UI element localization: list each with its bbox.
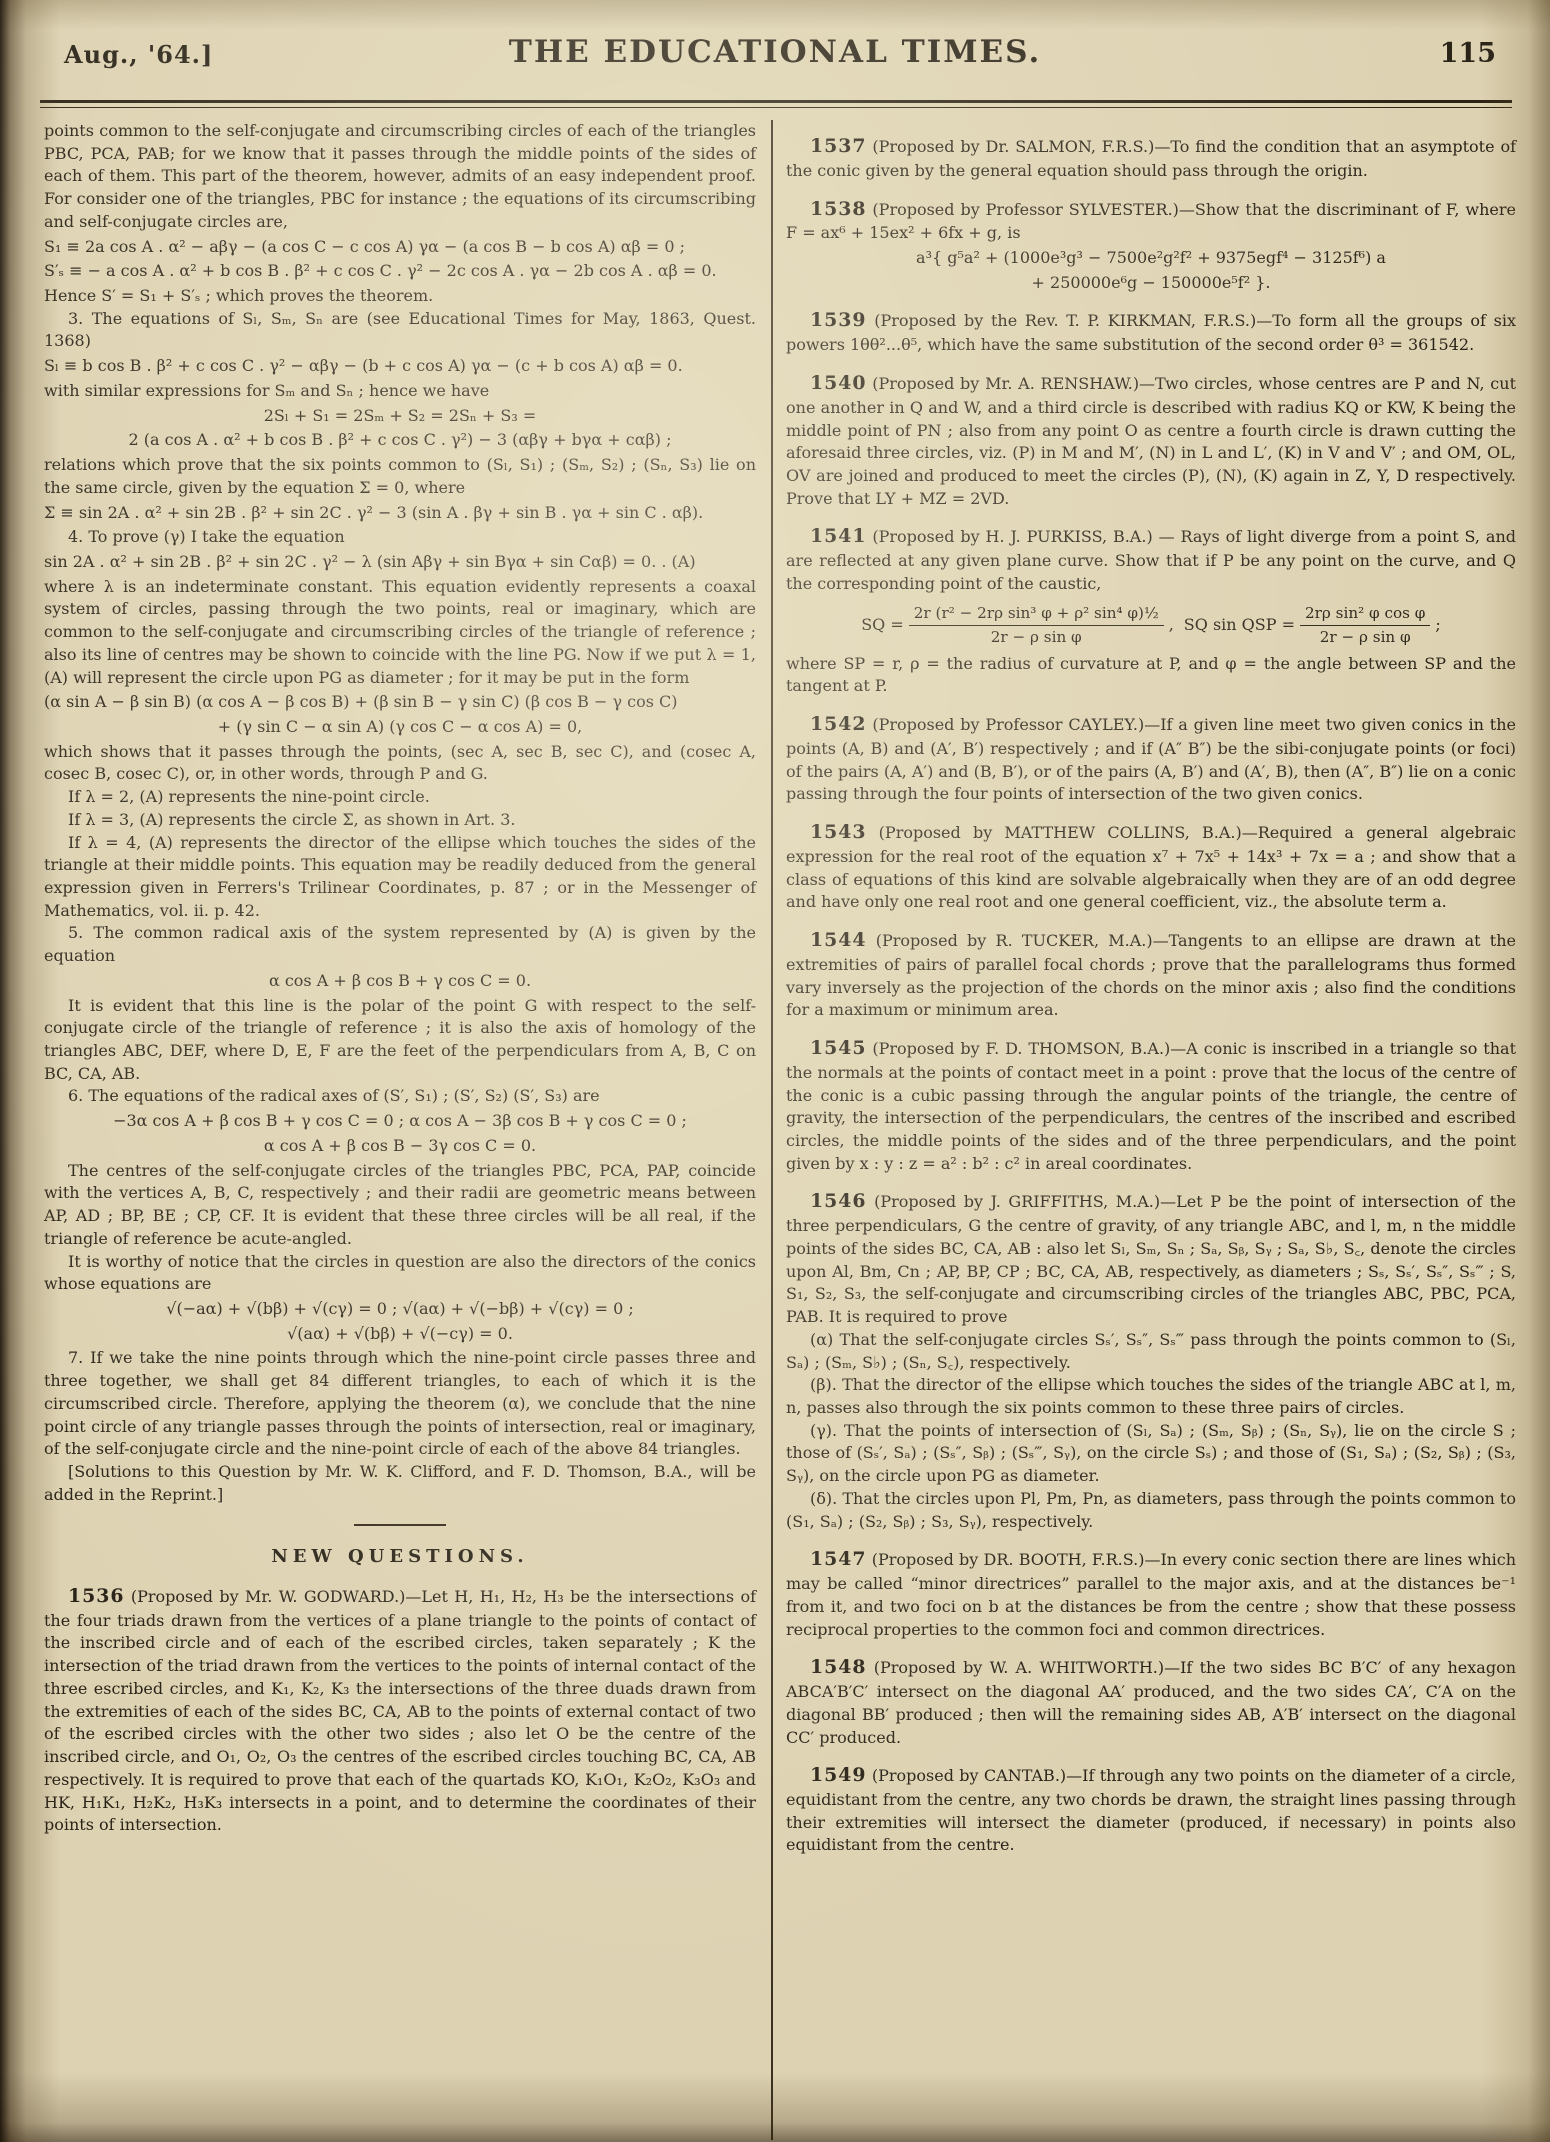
question-number: 1537 xyxy=(810,135,867,157)
equation: 2 (a cos A . α² + b cos B . β² + c cos C… xyxy=(44,429,756,452)
question-number: 1548 xyxy=(810,1656,867,1678)
masthead: Aug., '64.] THE EDUCATIONAL TIMES. 115 xyxy=(0,0,1550,92)
paragraph: (β). That the director of the ellipse wh… xyxy=(786,1374,1516,1419)
question: 1540 (Proposed by Mr. A. RENSHAW.)—Two c… xyxy=(786,370,1516,510)
header-rule xyxy=(40,100,1512,108)
equation: (α sin A − β sin B) (α cos A − β cos B) … xyxy=(44,691,756,714)
issue-date: Aug., '64.] xyxy=(64,40,213,69)
paragraph: points common to the self-conjugate and … xyxy=(44,120,756,234)
question-number: 1542 xyxy=(810,713,867,735)
paragraph: If λ = 2, (A) represents the nine-point … xyxy=(44,786,756,809)
equation: Σ ≡ sin 2A . α² + sin 2B . β² + sin 2C .… xyxy=(44,502,756,525)
question-number: 1547 xyxy=(810,1548,867,1570)
paragraph: Hence S′ = S₁ + S′ₛ ; which proves the t… xyxy=(44,285,756,308)
paragraph: 6. The equations of the radical axes of … xyxy=(44,1085,756,1108)
equation: sin 2A . α² + sin 2B . β² + sin 2C . γ² … xyxy=(44,551,756,574)
paragraph: The centres of the self-conjugate circle… xyxy=(44,1160,756,1251)
paragraph: (δ). That the circles upon Pl, Pm, Pn, a… xyxy=(786,1488,1516,1533)
question-number: 1543 xyxy=(810,821,867,843)
equation: 2Sₗ + S₁ = 2Sₘ + S₂ = 2Sₙ + S₃ = xyxy=(44,405,756,428)
equation: + 250000e⁶g − 150000e⁵f² }. xyxy=(786,272,1516,295)
paragraph: It is evident that this line is the pola… xyxy=(44,995,756,1086)
paragraph: [Solutions to this Question by Mr. W. K.… xyxy=(44,1461,756,1506)
question: 1547 (Proposed by DR. BOOTH, F.R.S.)—In … xyxy=(786,1546,1516,1641)
equation: S′ₛ ≡ − a cos A . α² + b cos B . β² + c … xyxy=(44,260,756,283)
paragraph: 4. To prove (γ) I take the equation xyxy=(44,526,756,549)
page-number: 115 xyxy=(1440,38,1496,69)
paragraph: It is worthy of notice that the circles … xyxy=(44,1251,756,1296)
journal-page: Aug., '64.] THE EDUCATIONAL TIMES. 115 p… xyxy=(0,0,1550,2142)
question: 1538 (Proposed by Professor SYLVESTER.)—… xyxy=(786,196,1516,246)
question: 1548 (Proposed by W. A. WHITWORTH.)—If t… xyxy=(786,1654,1516,1749)
page-title: THE EDUCATIONAL TIMES. xyxy=(52,34,1498,70)
question-number: 1544 xyxy=(810,929,867,951)
paragraph: (γ). That the points of intersection of … xyxy=(786,1420,1516,1488)
paragraph: If λ = 3, (A) represents the circle Σ, a… xyxy=(44,809,756,832)
column-divider xyxy=(771,120,773,2140)
question-number: 1546 xyxy=(810,1190,867,1212)
question-number: 1540 xyxy=(810,372,867,394)
equation: a³{ g⁵a² + (1000e³g³ − 7500e²g²f² + 9375… xyxy=(786,247,1516,270)
equation: α cos A + β cos B − 3γ cos C = 0. xyxy=(44,1135,756,1158)
equation: −3α cos A + β cos B + γ cos C = 0 ; α co… xyxy=(44,1110,756,1133)
section-rule xyxy=(354,1524,446,1526)
equation-fractions: SQ = 2r (r² − 2rρ sin³ φ + ρ² sin⁴ φ)½2r… xyxy=(786,603,1516,649)
question-number: 1536 xyxy=(68,1585,125,1607)
right-column: 1537 (Proposed by Dr. SALMON, F.R.S.)—To… xyxy=(786,120,1516,1857)
equation: √(aα) + √(bβ) + √(−cγ) = 0. xyxy=(44,1323,756,1346)
paragraph: with similar expressions for Sₘ and Sₙ ;… xyxy=(44,380,756,403)
question: 1541 (Proposed by H. J. PURKISS, B.A.) —… xyxy=(786,523,1516,595)
question: 1543 (Proposed by MATTHEW COLLINS, B.A.)… xyxy=(786,819,1516,914)
question-number: 1541 xyxy=(810,525,867,547)
section-heading: NEW QUESTIONS. xyxy=(44,1544,756,1570)
paragraph: where λ is an indeterminate constant. Th… xyxy=(44,576,756,690)
paragraph: relations which prove that the six point… xyxy=(44,454,756,499)
equation: α cos A + β cos B + γ cos C = 0. xyxy=(44,970,756,993)
left-column: points common to the self-conjugate and … xyxy=(44,120,756,1837)
question: 1549 (Proposed by CANTAB.)—If through an… xyxy=(786,1762,1516,1857)
equation: √(−aα) + √(bβ) + √(cγ) = 0 ; √(aα) + √(−… xyxy=(44,1298,756,1321)
question-number: 1545 xyxy=(810,1037,867,1059)
question: 1544 (Proposed by R. TUCKER, M.A.)—Tange… xyxy=(786,927,1516,1022)
equation: Sₗ ≡ b cos B . β² + c cos C . γ² − αβγ −… xyxy=(44,355,756,378)
question: 1536 (Proposed by Mr. W. GODWARD.)—Let H… xyxy=(44,1583,756,1837)
question: 1537 (Proposed by Dr. SALMON, F.R.S.)—To… xyxy=(786,133,1516,183)
question: 1542 (Proposed by Professor CAYLEY.)—If … xyxy=(786,711,1516,806)
equation: + (γ sin C − α sin A) (γ cos C − α cos A… xyxy=(44,716,756,739)
page-body: points common to the self-conjugate and … xyxy=(0,108,1550,2140)
question-number: 1538 xyxy=(810,198,867,220)
equation: S₁ ≡ 2a cos A . α² − aβγ − (a cos C − c … xyxy=(44,236,756,259)
paragraph: 3. The equations of Sₗ, Sₘ, Sₙ are (see … xyxy=(44,308,756,353)
question-number: 1539 xyxy=(810,309,867,331)
question: 1545 (Proposed by F. D. THOMSON, B.A.)—A… xyxy=(786,1035,1516,1175)
question: 1539 (Proposed by the Rev. T. P. KIRKMAN… xyxy=(786,307,1516,357)
paragraph: If λ = 4, (A) represents the director of… xyxy=(44,832,756,923)
paragraph: 7. If we take the nine points through wh… xyxy=(44,1347,756,1461)
question-number: 1549 xyxy=(810,1764,867,1786)
question: 1546 (Proposed by J. GRIFFITHS, M.A.)—Le… xyxy=(786,1188,1516,1328)
paragraph: 5. The common radical axis of the system… xyxy=(44,922,756,967)
paragraph: which shows that it passes through the p… xyxy=(44,741,756,786)
paragraph: (α) That the self-conjugate circles Sₛ′,… xyxy=(786,1329,1516,1374)
paragraph: where SP = r, ρ = the radius of curvatur… xyxy=(786,653,1516,698)
